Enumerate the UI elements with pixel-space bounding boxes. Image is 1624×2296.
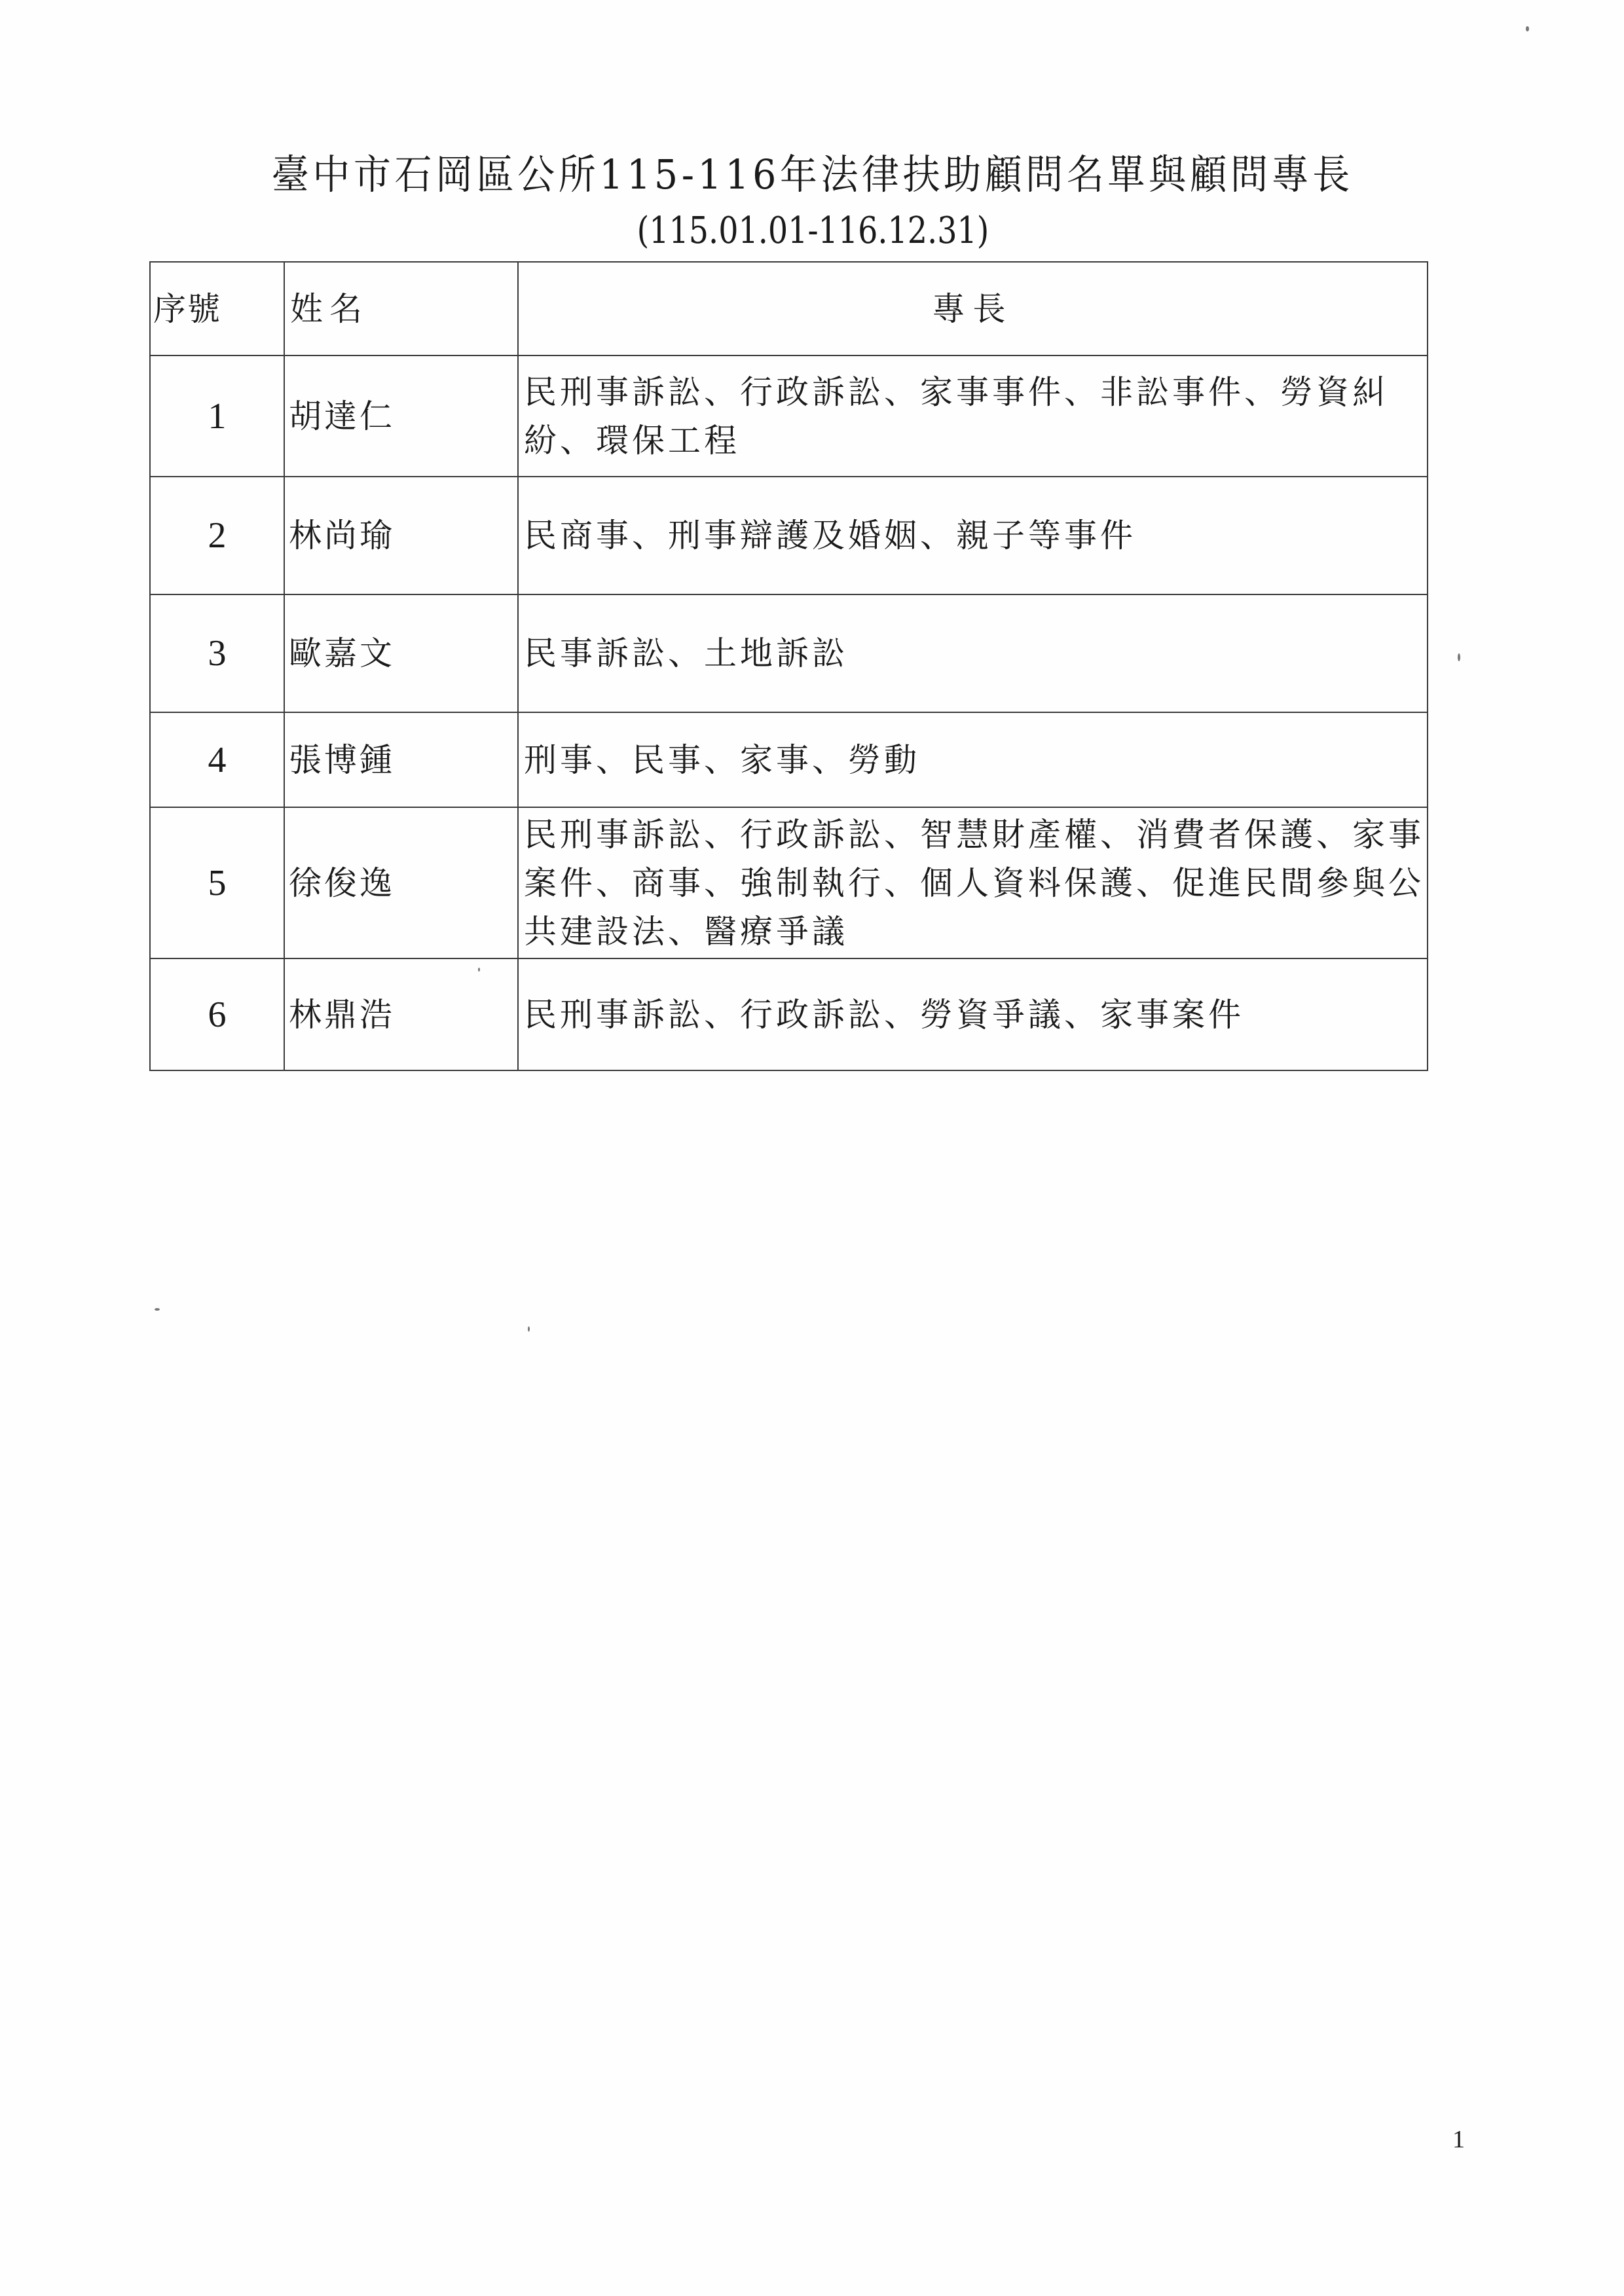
- row-number: 2: [150, 477, 284, 594]
- scan-speck: [1526, 26, 1529, 31]
- advisor-specialty: 民事訴訟、土地訴訟: [518, 594, 1428, 712]
- header-serial-number: 序號: [150, 262, 284, 355]
- page-number: 1: [1452, 2126, 1465, 2153]
- row-number: 1: [150, 355, 284, 477]
- advisor-name: 林尚瑜: [284, 477, 518, 594]
- row-number: 4: [150, 712, 284, 807]
- advisor-name: 胡達仁: [284, 355, 518, 477]
- advisor-specialty: 刑事、民事、家事、勞動: [518, 712, 1428, 807]
- advisor-name: 張博鍾: [284, 712, 518, 807]
- table-header-row: 序號 姓名 專長: [150, 262, 1428, 355]
- table-row: 4 張博鍾 刑事、民事、家事、勞動: [150, 712, 1428, 807]
- row-number: 3: [150, 594, 284, 712]
- header-name: 姓名: [284, 262, 518, 355]
- table-row: 3 歐嘉文 民事訴訟、土地訴訟: [150, 594, 1428, 712]
- row-number: 6: [150, 958, 284, 1070]
- advisor-specialty: 民刑事訴訟、行政訴訟、家事事件、非訟事件、勞資糾紛、環保工程: [518, 355, 1428, 477]
- table-row: 5 徐俊逸 民刑事訴訟、行政訴訟、智慧財產權、消費者保護、家事案件、商事、強制執…: [150, 807, 1428, 958]
- table-row: 2 林尚瑜 民商事、刑事辯護及婚姻、親子等事件: [150, 477, 1428, 594]
- scan-speck: [478, 968, 480, 972]
- scan-speck: [1458, 653, 1460, 661]
- table-row: 6 林鼎浩 民刑事訴訟、行政訴訟、勞資爭議、家事案件: [150, 958, 1428, 1070]
- scanned-page: 臺中市石岡區公所115-116年法律扶助顧問名單與顧問專長 (115.01.01…: [0, 0, 1624, 2296]
- advisor-name: 徐俊逸: [284, 807, 518, 958]
- advisor-specialty: 民刑事訴訟、行政訴訟、智慧財產權、消費者保護、家事案件、商事、強制執行、個人資料…: [518, 807, 1428, 958]
- table-row: 1 胡達仁 民刑事訴訟、行政訴訟、家事事件、非訟事件、勞資糾紛、環保工程: [150, 355, 1428, 477]
- header-specialty: 專長: [518, 262, 1428, 355]
- advisor-specialty: 民商事、刑事辯護及婚姻、親子等事件: [518, 477, 1428, 594]
- document-title: 臺中市石岡區公所115-116年法律扶助顧問名單與顧問專長: [65, 145, 1560, 204]
- advisor-name: 歐嘉文: [284, 594, 518, 712]
- scan-speck: [528, 1326, 530, 1332]
- row-number: 5: [150, 807, 284, 958]
- advisor-name: 林鼎浩: [284, 958, 518, 1070]
- document-date-range: (115.01.01-116.12.31): [123, 208, 1504, 254]
- advisor-specialty: 民刑事訴訟、行政訴訟、勞資爭議、家事案件: [518, 958, 1428, 1070]
- legal-advisor-table: 序號 姓名 專長 1 胡達仁 民刑事訴訟、行政訴訟、家事事件、非訟事件、勞資糾紛…: [149, 261, 1428, 1071]
- scan-speck: [155, 1308, 160, 1311]
